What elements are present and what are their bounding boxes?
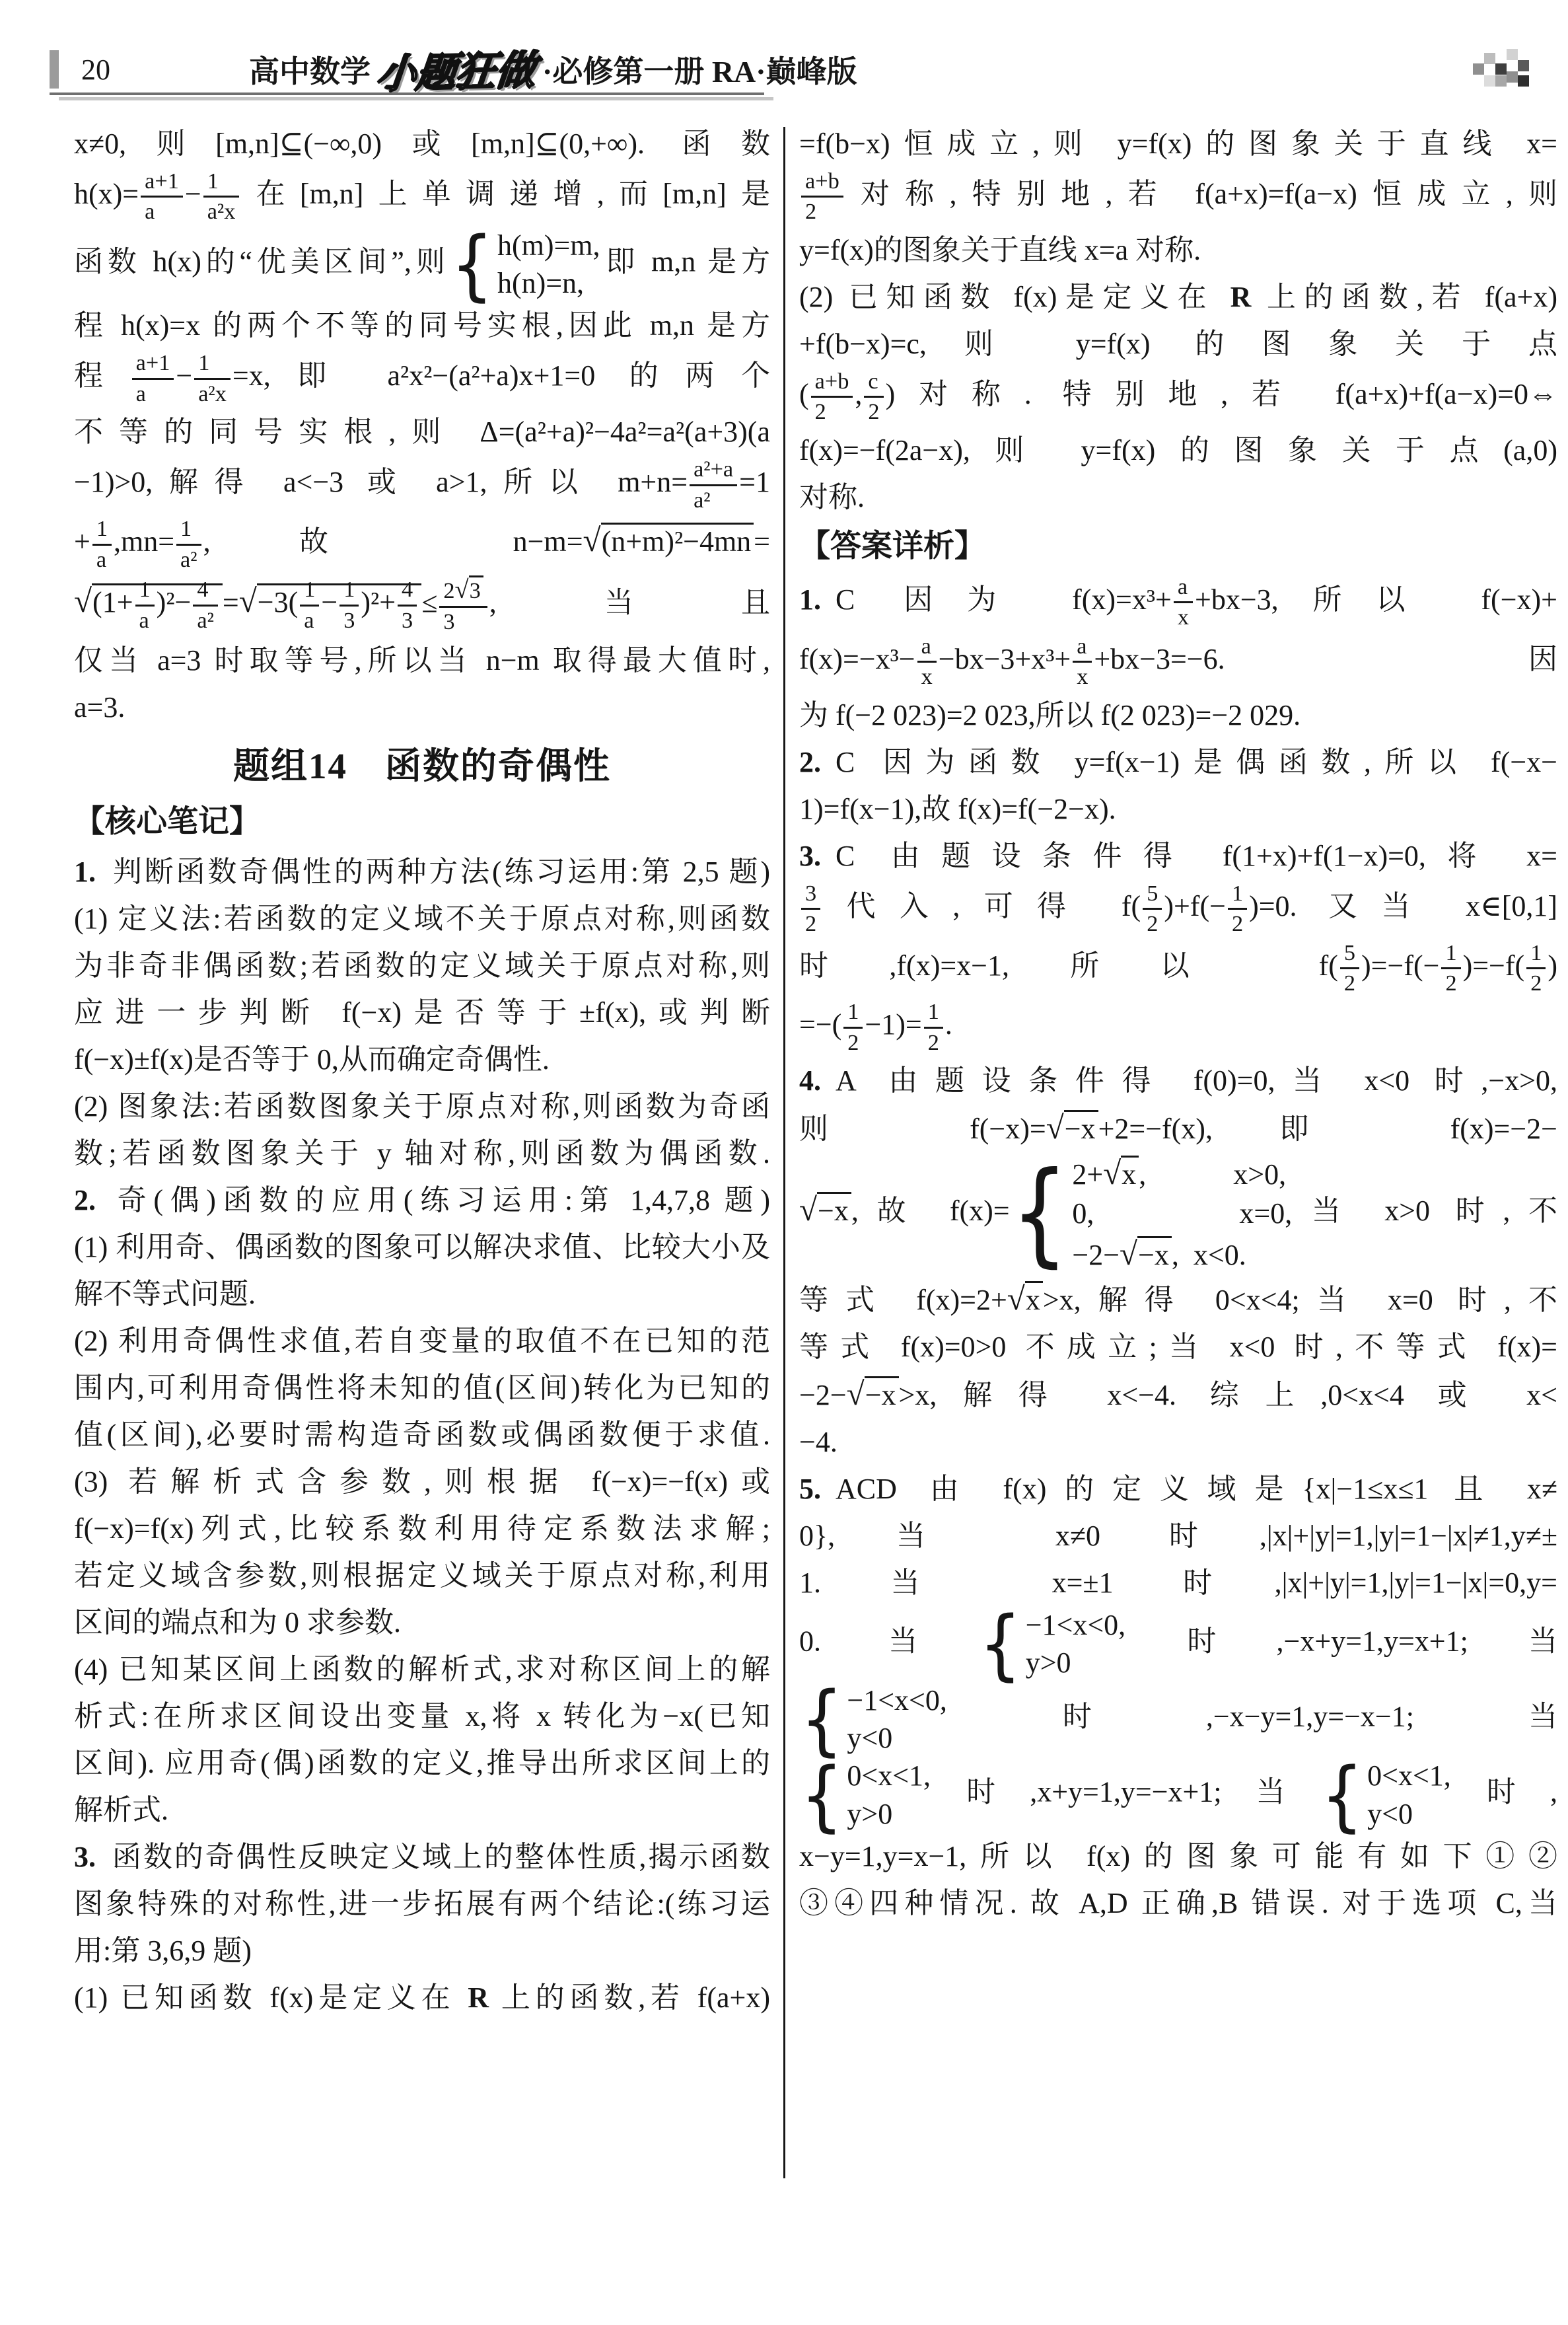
text-line: (2) 图象法:若函数图象关于原点对称,则函数为奇函 [74,1083,770,1130]
text-line: 则 f(−x)=√−x+2=−f(x),即 f(x)=−2− [799,1104,1557,1152]
book-title-prefix: 高中数学 [249,48,371,91]
text-line: +1a,mn=1a²,故 n−m=√(n+m)²−4mn= [74,515,770,574]
text-line: 若定义域含参数,则根据定义域关于原点对称,利用 [74,1552,770,1599]
text-line: 为 f(−2 023)=2 023,所以 f(2 023)=−2 029. [799,692,1557,739]
text-line: 等式 f(x)=2+√x>x,解得 0<x<4;当 x=0 时,不 [799,1275,1557,1323]
text-line: 不等的同号实根,则 Δ=(a²+a)²−4a²=a²(a+3)(a [74,408,770,455]
text-line: x−y=1,y=x−1,所以 f(x)的图象可能有如下①② [799,1833,1557,1880]
header-rule-shadow [59,97,773,100]
text-line: 2. 奇(偶)函数的应用(练习运用:第 1,4,7,8 题) [74,1177,770,1224]
page-number: 20 [81,53,110,87]
text-line: 3. 函数的奇偶性反映定义域上的整体性质,揭示函数 [74,1833,770,1880]
text-line: 应进一步判断 f(−x)是否等于±f(x),或判断 [74,989,770,1036]
text-line: (2) 已知函数 f(x)是定义在 R 上的函数,若 f(a+x) [799,274,1557,320]
text-line: 解析式. [74,1787,770,1833]
text-line: 程a+1a−1a²x=x,即 a²x²−(a²+a)x+1=0 的两个 [74,349,770,408]
book-title-suffix: ·必修第一册 RA·巅峰版 [542,48,857,91]
left-column: x≠0,则[m,n]⊆(−∞,0)或[m,n]⊆(0,+∞). 函数h(x)=a… [74,120,770,2021]
text-line: 程 h(x)=x 的两个不等的同号实根,因此 m,n 是方 [74,302,770,349]
text-line: 0. 当{−1<x<0,y>0时,−x+y=1,y=x+1;当 [799,1606,1557,1681]
checkered-decoration-icon [1473,49,1534,89]
text-line: =−(12−1)=12. [799,998,1557,1057]
text-line: 区间). 应用奇(偶)函数的定义,推导出所求区间上的 [74,1740,770,1787]
text-line: 0},当 x≠0 时,|x|+|y|=1,|y|=1−|x|≠1,y≠± [799,1512,1557,1559]
text-line: =f(b−x)恒成立,则 y=f(x)的图象关于直线 x= [799,120,1557,167]
text-line: 对称. [799,474,1557,521]
text-line: 仅当 a=3 时取等号,所以当 n−m 取得最大值时, [74,637,770,684]
text-line: (1) 利用奇、偶函数的图象可以解决求值、比较大小及 [74,1224,770,1271]
text-line: −4. [799,1419,1557,1465]
text-line: −2−√−x>x,解得 x<−4. 综上,0<x<4 或 x< [799,1370,1557,1419]
text-line: (4) 已知某区间上函数的解析式,求对称区间上的解 [74,1646,770,1693]
text-line: {−1<x<0,y<0时,−x−y=1,y=−x−1;当 [799,1681,1557,1757]
text-line: −1)>0,解得 a<−3 或 a>1,所以 m+n=a²+aa²=1 [74,455,770,515]
text-line: a+b2对称,特别地,若 f(a+x)=f(a−x)恒成立,则 [799,167,1557,227]
text-line: ③④四种情况. 故 A,D 正确,B 错误. 对于选项 C,当 [799,1880,1557,1927]
text-line: (a+b2,c2)对称. 特别地,若 f(a+x)+f(a−x)=0⇔ [799,367,1557,427]
text-line: 1. C 因为 f(x)=x³+ax+bx−3,所以 f(−x)+ [799,573,1557,632]
block-subheading: 【答案详析】 [799,523,1557,570]
text-line: 函数 h(x)的“优美区间”,则{h(m)=m,h(n)=n,即 m,n 是方 [74,227,770,302]
text-line: 为非奇非偶函数;若函数的定义域关于原点对称,则 [74,942,770,989]
text-line: (1) 定义法:若函数的定义域不关于原点对称,则函数 [74,895,770,942]
text-line: 3. C 由题设条件得 f(1+x)+f(1−x)=0,将 x= [799,832,1557,879]
block-subheading: 【核心笔记】 [74,799,770,846]
text-line: 4. A 由题设条件得 f(0)=0,当 x<0 时,−x>0, [799,1057,1557,1104]
header-left-bar [50,50,59,89]
text-line: +f(b−x)=c,则 y=f(x) 的图象关于点 [799,320,1557,367]
text-line: √−x,故 f(x)={2+√x, x>0,0, x=0,−2−√−x, x<0… [799,1152,1557,1274]
text-line: f(−x)=f(x)列式,比较系数利用待定系数法求解; [74,1505,770,1552]
text-line: 2. C 因为函数 y=f(x−1)是偶函数,所以 f(−x− [799,739,1557,786]
text-line: (3) 若解析式含参数,则根据 f(−x)=−f(x)或 [74,1458,770,1505]
section-heading: 题组14 函数的奇偶性 [74,743,770,790]
text-line: 32代入,可得 f(52)+f(−12)=0. 又当 x∈[0,1] [799,879,1557,939]
text-line: y=f(x)的图象关于直线 x=a 对称. [799,227,1557,274]
text-line: 时,f(x)=x−1,所以 f(52)=−f(−12)=−f(12) [799,939,1557,998]
text-line: 解不等式问题. [74,1271,770,1317]
text-line: 围内,可利用奇偶性将未知的值(区间)转化为已知的 [74,1364,770,1411]
text-line: 值(区间),必要时需构造奇函数或偶函数便于求值. [74,1411,770,1458]
right-column: =f(b−x)恒成立,则 y=f(x)的图象关于直线 x=a+b2对称,特别地,… [799,120,1557,1927]
text-line: 5. ACD 由 f(x)的定义域是{x|−1≤x≤1 且 x≠ [799,1465,1557,1512]
text-line: (1) 已知函数 f(x)是定义在 R 上的函数,若 f(a+x) [74,1974,770,2021]
header-rule [50,92,764,95]
text-line: f(x)=−f(2a−x),则 y=f(x)的图象关于点(a,0) [799,427,1557,474]
text-line: 1. 当 x=±1 时,|x|+|y|=1,|y|=1−|x|=0,y= [799,1559,1557,1606]
text-line: 区间的端点和为 0 求参数. [74,1599,770,1646]
book-title: 高中数学 小题狂做 ·必修第一册 RA·巅峰版 [249,41,857,98]
text-line: (2) 利用奇偶性求值,若自变量的取值不在已知的范 [74,1317,770,1364]
text-line: f(−x)±f(x)是否等于 0,从而确定奇偶性. [74,1036,770,1083]
text-line: 用:第 3,6,9 题) [74,1927,770,1974]
text-line: 1. 判断函数奇偶性的两种方法(练习运用:第 2,5 题) [74,848,770,895]
text-line: 析式:在所求区间设出变量 x,将 x 转化为−x(已知 [74,1693,770,1740]
text-line: f(x)=−x³−ax−bx−3+x³+ax+bx−3=−6. 因 [799,632,1557,692]
page-header: 20 高中数学 小题狂做 ·必修第一册 RA·巅峰版 [50,49,857,90]
text-line: √(1+1a)²−4a²=√−3(1a−13)²+43≤2√33,当且 [74,574,770,637]
text-line: 1)=f(x−1),故 f(x)=f(−2−x). [799,786,1557,832]
text-line: 图象特殊的对称性,进一步拓展有两个结论:(练习运 [74,1880,770,1927]
text-line: a=3. [74,684,770,731]
text-line: {0<x<1,y>0时,x+y=1,y=−x+1;当{0<x<1,y<0时, [799,1757,1557,1832]
text-line: 数;若函数图象关于 y 轴对称,则函数为偶函数. [74,1130,770,1177]
textbook-page: 20 高中数学 小题狂做 ·必修第一册 RA·巅峰版 x≠0,则[m,n]⊆(−… [0,0,1568,2325]
text-line: h(x)=a+1a−1a²x在[m,n]上单调递增,而[m,n]是 [74,167,770,227]
column-divider [783,127,785,2178]
series-logo: 小题狂做 [374,39,539,100]
text-line: x≠0,则[m,n]⊆(−∞,0)或[m,n]⊆(0,+∞). 函数 [74,120,770,167]
text-line: 等式 f(x)=0>0 不成立;当 x<0 时,不等式 f(x)= [799,1323,1557,1370]
